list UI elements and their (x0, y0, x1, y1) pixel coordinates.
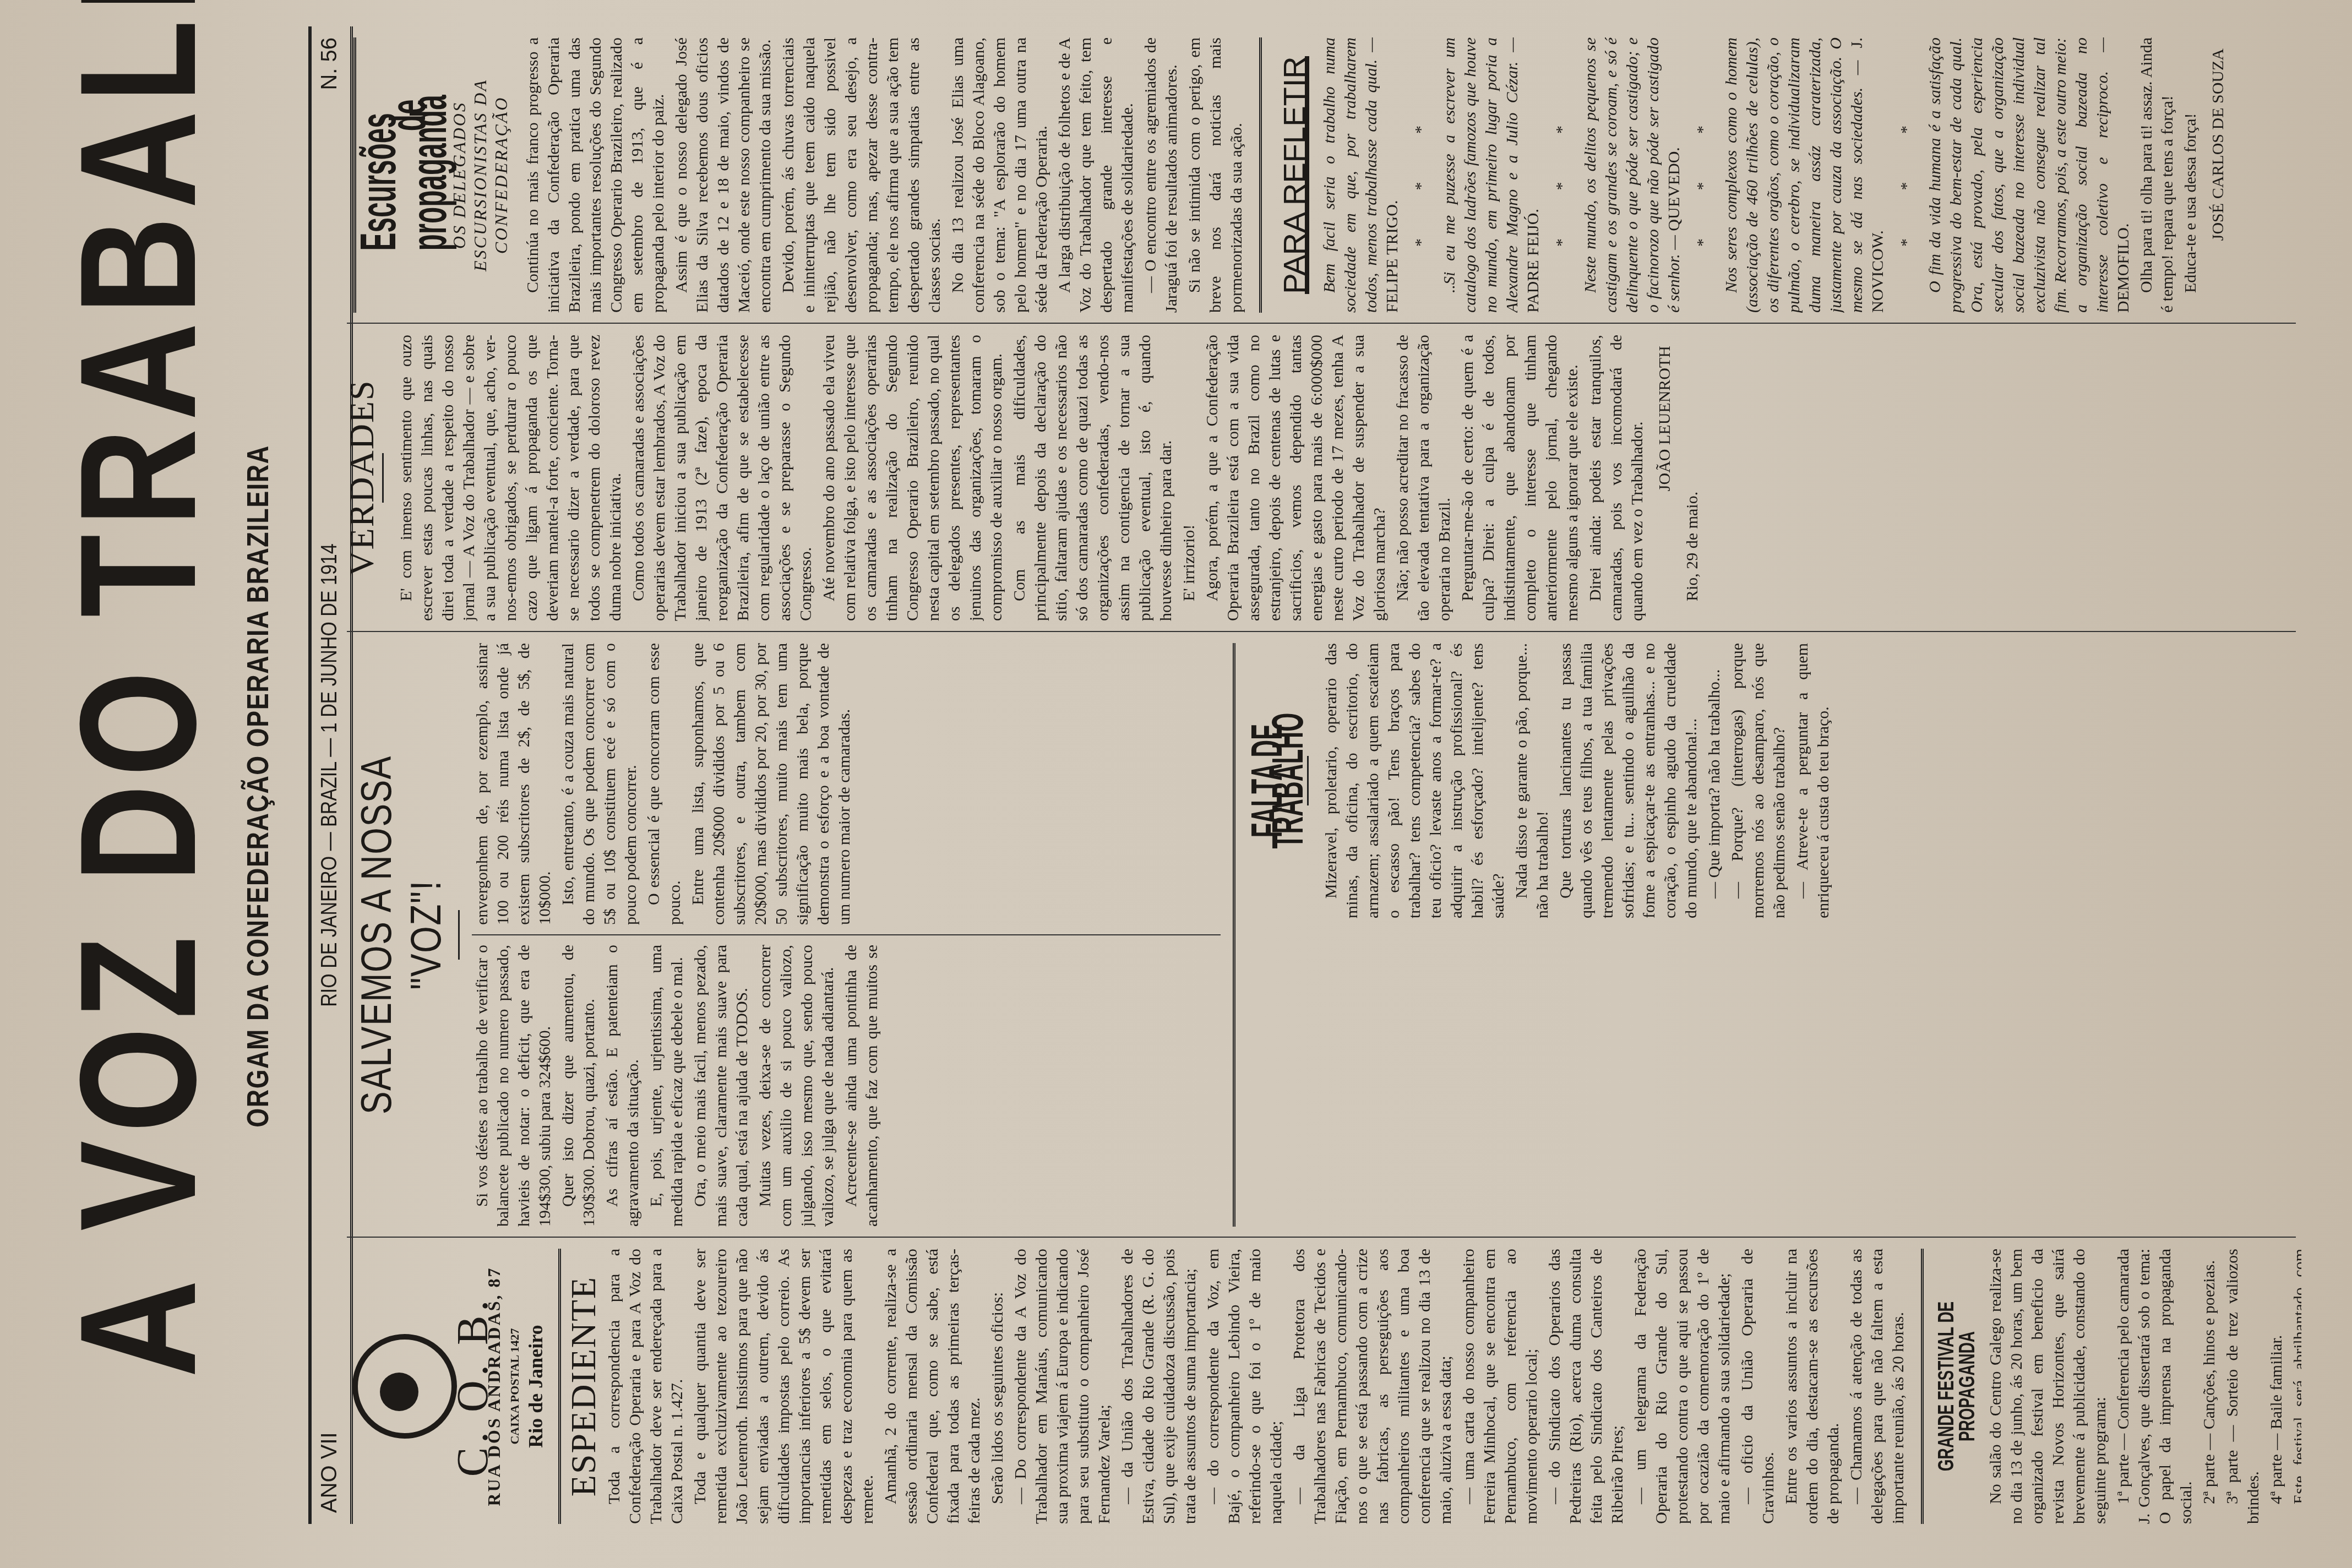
paragraph: No dia 13 realizou José Elias uma confer… (948, 37, 1052, 313)
closing-signature: JOSÉ CARLOS DE SOUZA (2208, 48, 2229, 302)
divider (1921, 1249, 1924, 1524)
paragraph: — Do correspondente da A Voz do Trabalha… (1010, 1249, 1115, 1524)
paragraph: Muitas vezes, deixa-se de concorrer com … (755, 945, 839, 1227)
newspaper-subtitle: ORGAM DA CONFEDERAÇÃO OPERARIA BRAZILEIR… (239, 178, 275, 1394)
issue-date: RIO DE JANEIRO — BRAZIL — 1 DE JUNHO DE … (317, 139, 342, 1412)
quote: Bem facil seria o trabalho numa sociedad… (1319, 37, 1403, 313)
quote: ..Si eu me puzesse a escrever um catalog… (1439, 37, 1544, 313)
paragraph: Agora, porém, a que a Confederação Opera… (1202, 335, 1390, 621)
issue-number: N. 56 (317, 37, 342, 90)
paragraph: Quer isto dizer que aumentou, de 130$300… (558, 945, 600, 1227)
paragraph: — Atreve-te a perguntar a quem enriquece… (1792, 643, 1834, 918)
divider (1233, 643, 1235, 1227)
paragraph: Si vos déstes ao trabalho de verificar o… (472, 945, 556, 1227)
divider (1259, 37, 1262, 313)
quote-author: QUEVEDO. (1665, 147, 1683, 231)
paragraph: Como todos os camaradas e associações op… (628, 335, 816, 621)
paragraph: A larga distribuição de folhetos e de A … (1054, 37, 1138, 313)
paragraph: — da Liga Protetora dos Trabalhadores na… (1289, 1249, 1456, 1524)
paragraph: 1ª parte — Conferencia pelo camarada J. … (2113, 1249, 2197, 1524)
verdades-body: E' com imenso sentimento que ouzo escrev… (396, 335, 1648, 621)
escursoes-subhead: OS DELEGADOS ESCURSIONISTAS DA CONFEDERA… (449, 37, 511, 313)
paragraph: E' irrizorio! (1179, 335, 1200, 621)
paragraph: — da União dos Trabalhadores de Estiva, … (1117, 1249, 1201, 1524)
column-3: VERDADES E' com imenso sentimento que ou… (341, 335, 2301, 621)
place-date: Rio, 29 de maio. (1682, 335, 1703, 621)
paragraph: — do correspondente da Voz, em Bajé, o c… (1203, 1249, 1287, 1524)
confederation-seal-icon (352, 1334, 457, 1439)
espediente-title: ESPEDIENTE (573, 1249, 594, 1524)
verdades-headline: VERDADES (351, 335, 372, 621)
para-refletir-headline: PARA REFLETIR (1284, 56, 1309, 294)
divider (558, 1249, 561, 1524)
year-volume: ANO VII (317, 1432, 342, 1513)
paragraph: Até novembro do ano passado ela viveu co… (819, 335, 1007, 621)
column-rule (347, 323, 2296, 324)
quote-author: FELIPE TRIGO. (1383, 200, 1401, 313)
paragraph: 3ª parte — Sorteio de trez valiozos brin… (2222, 1249, 2264, 1524)
quotes-list: Bem facil seria o trabalho numa sociedad… (1319, 37, 2134, 313)
paragraph: Continúa no mais franco progresso a inic… (522, 37, 669, 313)
paragraph: Perguntar-me-ão de certo: de quem é a cu… (1457, 335, 1583, 621)
column-rule (347, 1237, 2296, 1238)
paragraph: Toda a correspondencia para a Confederaç… (604, 1249, 688, 1524)
paragraph: E' com imenso sentimento que ouzo escrev… (396, 335, 626, 621)
org-city: Rio de Janeiro (525, 1249, 546, 1524)
org-postbox: CAIXA POSTAL 1427 (504, 1249, 525, 1524)
salvemos-headline: SALVEMOS A NOSSA "VOZ"! (351, 701, 450, 1168)
masthead-rule-top (308, 26, 312, 1524)
paragraph: No salão do Centro Galego realiza-se no … (1985, 1249, 2111, 1524)
paragraph: Nada disso te garante o pão, porque... n… (1511, 643, 1553, 918)
paragraph: Ora, o meio mais facil, menos pezado, ma… (690, 945, 753, 1227)
paragraph: Com as mais dificuldades, principalmente… (1009, 335, 1177, 621)
paragraph: E, pois, urjente, urjentissima, uma medi… (646, 945, 688, 1227)
quote-author: J. NOVICOW. (1848, 37, 1887, 313)
paragraph: Devido, porém, ás chuvas torrenciais e i… (778, 37, 945, 313)
quote-author: DEMOFILO. (2114, 224, 2132, 313)
quote: Neste mundo, os delitos pequenos se cast… (1580, 37, 1685, 313)
paragraph: 2ª parte — Canções, hinos e poezias. (2199, 1249, 2220, 1524)
short-rule (382, 453, 384, 503)
paragraph: Que torturas lancinantes tu passas quand… (1555, 643, 1702, 918)
paragraph: — uma carta do nosso companheiro Ferreir… (1458, 1249, 1542, 1524)
org-address: RUA DOS ANDRADAS, 87 (483, 1249, 504, 1524)
org-acronym: C. O. B. (462, 1249, 483, 1524)
quote: Nos seres complexos como o homem (associ… (1721, 37, 1888, 313)
paragraph: Não; não posso acreditar no fracasso de … (1392, 335, 1455, 621)
paragraph: Toda e qualquer quantia deve ser remetid… (690, 1249, 878, 1524)
short-rule (458, 910, 460, 960)
paragraph: Mizeravel, proletario, operario das mina… (1321, 643, 1509, 918)
paragraph: Olha para ti! olha para ti! assaz. Ainda… (2136, 37, 2178, 313)
paragraph: Este festival será abrilhantado com uma … (2289, 1249, 2301, 1524)
paragraph: — do Sindicato dos Operarios das Pedreir… (1544, 1249, 1628, 1524)
stars-separator: * * * (1411, 37, 1431, 313)
paragraph: Serão lidos os seguintes oficios: (987, 1249, 1008, 1524)
paragraph: Assim é que o nosso delegado José Elias … (671, 37, 776, 313)
festival-body: No salão do Centro Galego realiza-se no … (1985, 1249, 2301, 1524)
newspaper-page: A VOZ DO TRABALHADOR ORGAM DA CONFEDERAÇ… (0, 0, 2352, 1568)
paragraph: Entre uma lista, suponhamos, que contenh… (688, 643, 855, 925)
festival-title: GRANDE FESTIVAL DE PROPAGANDA (1936, 1290, 1978, 1483)
espediente-body: Toda a correspondencia para a Confederaç… (604, 1249, 1909, 1524)
column-4: Escursões de propaganda OS DELEGADOS ESC… (341, 37, 2301, 313)
paragraph: — um telegrama da Federação Operaria do … (1630, 1249, 1735, 1524)
paragraph: O essencial é que concorram com esse pou… (644, 643, 685, 925)
closing-body: Olha para ti! olha para ti! assaz. Ainda… (2136, 37, 2201, 313)
paragraph: 4ª parte — Baile familiar. (2266, 1249, 2287, 1524)
masthead: A VOZ DO TRABALHADOR ORGAM DA CONFEDERAÇ… (44, 26, 341, 1546)
column-rule (347, 631, 2296, 632)
paragraph: Direi ainda: podeis estar tranquilos, ca… (1585, 335, 1648, 621)
paragraph: Amanhã, 2 do corrente, realiza-se a sess… (880, 1249, 985, 1524)
escursoes-headline-2: de propaganda (398, 100, 440, 251)
paragraph: — Porque? (interrogas) porque morremos n… (1727, 643, 1790, 918)
salvemos-body: Si vos déstes ao trabalho de verificar o… (472, 643, 1221, 1227)
stars-separator: * * * (1692, 37, 1713, 313)
paragraph: Educa-te e usa dessa força! (2180, 37, 2201, 313)
column-1: C. O. B. RUA DOS ANDRADAS, 87 CAIXA POST… (341, 1249, 2301, 1524)
paragraph: Isto, entretanto, é a couza mais natural… (558, 643, 641, 925)
escursoes-body: Continúa no mais franco progresso a inic… (522, 37, 1247, 313)
paragraph: As cifras aí estão. E patenteiam o agrav… (602, 945, 644, 1227)
newspaper-title: A VOZ DO TRABALHADOR (55, 195, 220, 1378)
stars-separator: * * * (1551, 37, 1572, 313)
columns: C. O. B. RUA DOS ANDRADAS, 87 CAIXA POST… (341, 37, 2312, 1524)
paragraph: — O encontro entre os agremiados de Jara… (1140, 37, 1182, 313)
quote-author: PADRE FEIJÓ. (1524, 209, 1542, 313)
paragraph: Si não se intimida com o perigo, em brev… (1184, 37, 1247, 313)
author-signature: JOÃO LEUENROTH (1654, 346, 1675, 610)
paragraph: Entre os varios assuntos a incluir na or… (1781, 1249, 1844, 1524)
falta-body: Mizeravel, proletario, operario das mina… (1321, 643, 1834, 918)
falta-headline: FALTA DE TRABALHO (1256, 705, 1298, 857)
stars-separator: * * * (1896, 37, 1917, 313)
paragraph: — Que importa? não ha trabalho... (1704, 643, 1725, 918)
paragraph: — Chamamos á atenção de todas as delegaç… (1846, 1249, 1909, 1524)
column-2: SALVEMOS A NOSSA "VOZ"! Si vos déstes ao… (341, 643, 2301, 1227)
paragraph: — oficio da União Operaria de Cravinhos. (1737, 1249, 1779, 1524)
quote: O fim da vida humana é a satisfação prog… (1925, 37, 2134, 313)
